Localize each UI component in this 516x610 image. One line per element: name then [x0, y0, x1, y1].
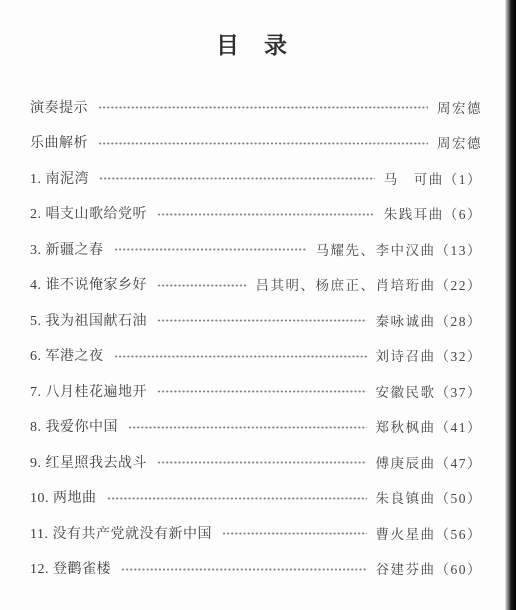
toc-row: 乐曲解析 周宏德: [30, 125, 482, 161]
leader-dots: [157, 213, 375, 216]
leader-dots: [99, 177, 375, 180]
leader-dots: [157, 284, 247, 287]
leader-dots: [157, 461, 367, 464]
toc-entry-label: 10. 两地曲: [30, 487, 97, 507]
toc-entry-credit: 朱良镇曲（50）: [376, 487, 483, 507]
toc-entry-credit: 安徽民歌（37）: [376, 381, 483, 401]
toc-entry-label: 12. 登鹳雀楼: [30, 558, 111, 578]
toc-entry-label: 11. 没有共产党就没有新中国: [30, 523, 212, 543]
toc-row: 7. 八月桂花遍地开 安徽民歌（37）: [30, 373, 482, 409]
leader-dots: [157, 390, 367, 393]
leader-dots: [114, 248, 307, 251]
toc-row: 11. 没有共产党就没有新中国 曹火星曲（56）: [30, 515, 482, 551]
toc-entry-credit: 马 可曲（1）: [384, 168, 482, 188]
toc-row: 4. 谁不说俺家乡好 吕其明、杨庶正、肖培珩曲（22）: [30, 267, 482, 303]
scanned-toc-page: 目 录 演奏提示 周宏德 乐曲解析 周宏德 1. 南泥湾 马 可曲（1） 2. …: [0, 0, 516, 610]
leader-dots: [98, 106, 428, 109]
toc-entry-label: 演奏提示: [30, 97, 88, 117]
toc-entry-label: 7. 八月桂花遍地开: [30, 381, 147, 401]
toc-entry-credit: 郑秋枫曲（41）: [376, 416, 483, 436]
toc-entry-credit: 刘诗召曲（32）: [376, 345, 483, 365]
toc-entry-label: 6. 军港之夜: [30, 345, 104, 365]
toc-entry-credit: 傅庚辰曲（47）: [376, 452, 483, 472]
leader-dots: [157, 319, 367, 322]
toc-entry-label: 2. 唱支山歌给党听: [30, 203, 147, 223]
toc-list: 演奏提示 周宏德 乐曲解析 周宏德 1. 南泥湾 马 可曲（1） 2. 唱支山歌…: [30, 89, 482, 586]
toc-entry-credit: 朱践耳曲（6）: [384, 203, 482, 223]
toc-entry-label: 3. 新疆之春: [30, 239, 104, 259]
toc-row: 1. 南泥湾 马 可曲（1）: [30, 160, 482, 196]
leader-dots: [107, 497, 367, 500]
toc-entry-label: 乐曲解析: [30, 132, 88, 152]
leader-dots: [128, 426, 367, 429]
toc-row: 12. 登鹳雀楼 谷建芬曲（60）: [30, 551, 482, 587]
toc-entry-label: 1. 南泥湾: [30, 168, 89, 188]
toc-entry-credit: 吕其明、杨庶正、肖培珩曲（22）: [256, 274, 483, 294]
leader-dots: [114, 355, 367, 358]
leader-dots: [98, 142, 428, 145]
toc-entry-label: 9. 红星照我去战斗: [30, 452, 147, 472]
leader-dots: [222, 532, 367, 535]
toc-entry-label: 8. 我爱你中国: [30, 416, 118, 436]
toc-row: 10. 两地曲 朱良镇曲（50）: [30, 480, 482, 516]
leader-dots: [121, 568, 367, 571]
toc-entry-credit: 秦咏诚曲（28）: [376, 310, 483, 330]
toc-entry-label: 4. 谁不说俺家乡好: [30, 274, 147, 294]
toc-row: 2. 唱支山歌给党听 朱践耳曲（6）: [30, 196, 482, 232]
toc-row: 演奏提示 周宏德: [30, 89, 482, 125]
toc-row: 5. 我为祖国献石油 秦咏诚曲（28）: [30, 302, 482, 338]
toc-entry-credit: 马耀先、李中汉曲（13）: [316, 239, 483, 259]
toc-entry-credit: 谷建芬曲（60）: [376, 558, 483, 578]
toc-entry-credit: 周宏德: [437, 132, 482, 152]
toc-row: 6. 军港之夜 刘诗召曲（32）: [30, 338, 482, 374]
toc-entry-label: 5. 我为祖国献石油: [30, 310, 147, 330]
page-title: 目 录: [0, 27, 504, 60]
toc-entry-credit: 曹火星曲（56）: [376, 523, 483, 543]
toc-row: 8. 我爱你中国 郑秋枫曲（41）: [30, 409, 482, 445]
scan-edge-strip: [505, 0, 516, 610]
toc-row: 3. 新疆之春 马耀先、李中汉曲（13）: [30, 231, 482, 267]
toc-entry-credit: 周宏德: [437, 97, 482, 117]
toc-row: 9. 红星照我去战斗 傅庚辰曲（47）: [30, 444, 482, 480]
